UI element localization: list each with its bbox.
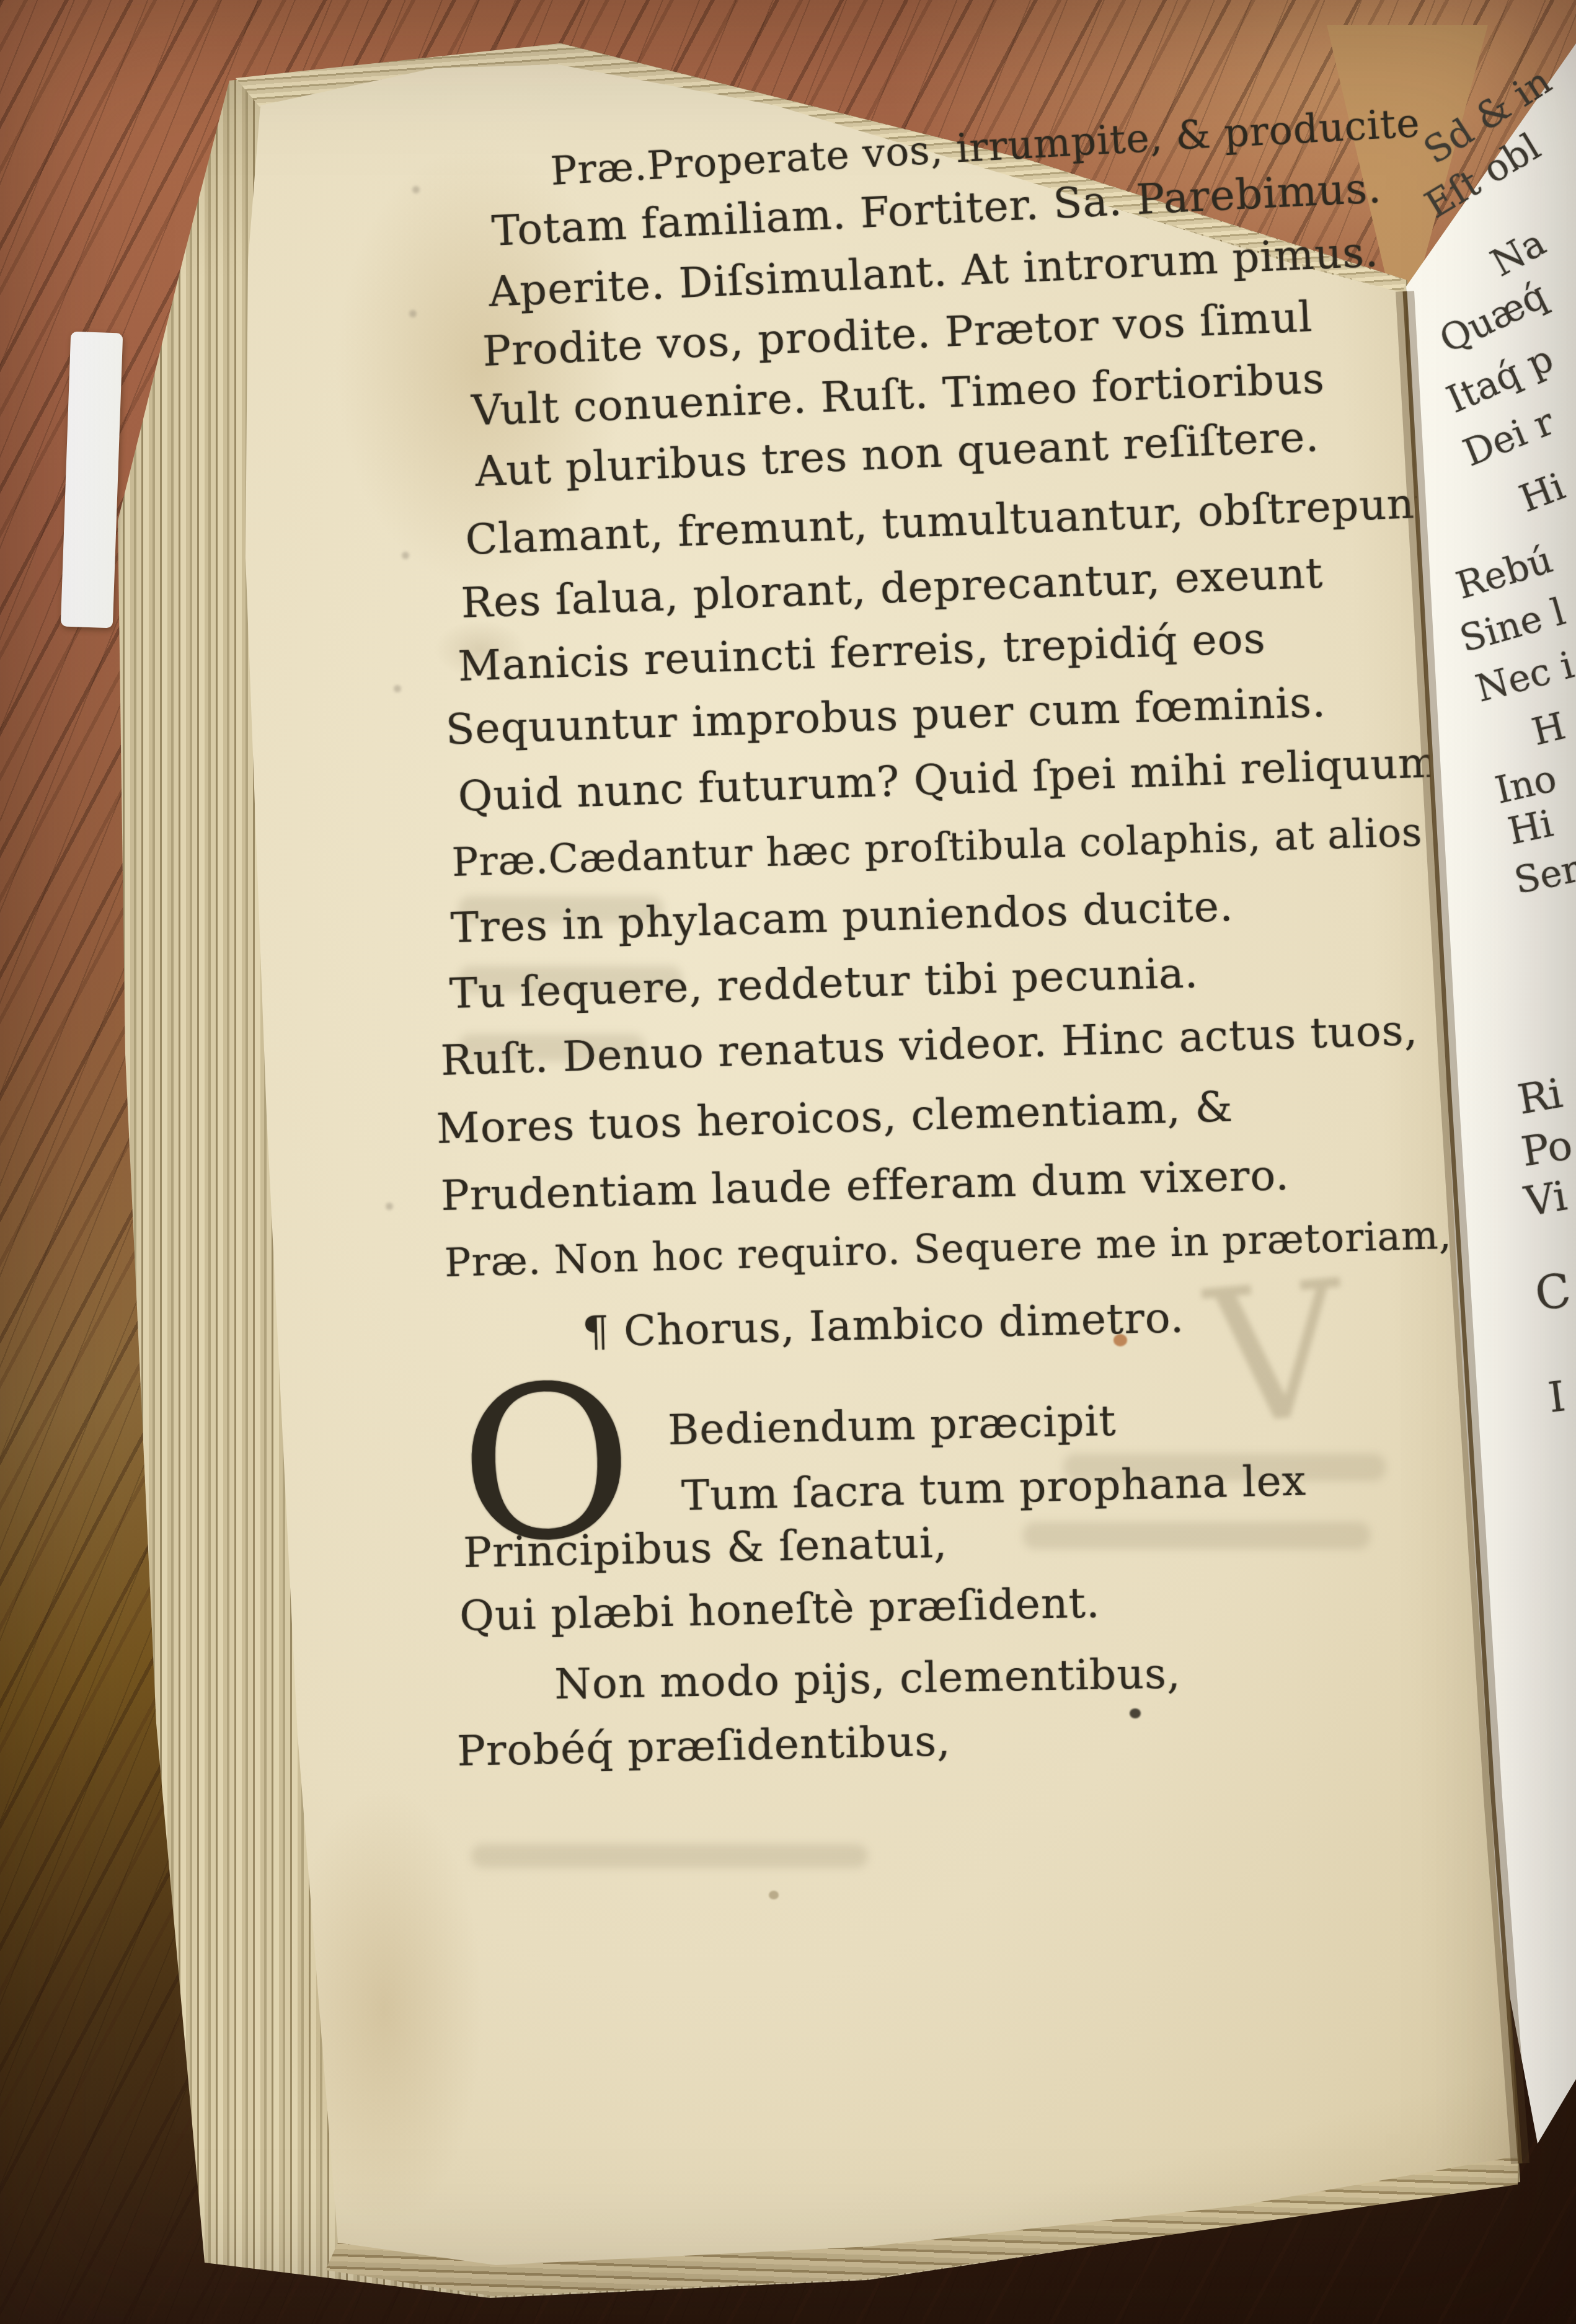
gutter-shadow <box>0 0 1576 2324</box>
photo-open-book: V Præ.Properate vos, irrumpite, & produc… <box>0 0 1576 2324</box>
